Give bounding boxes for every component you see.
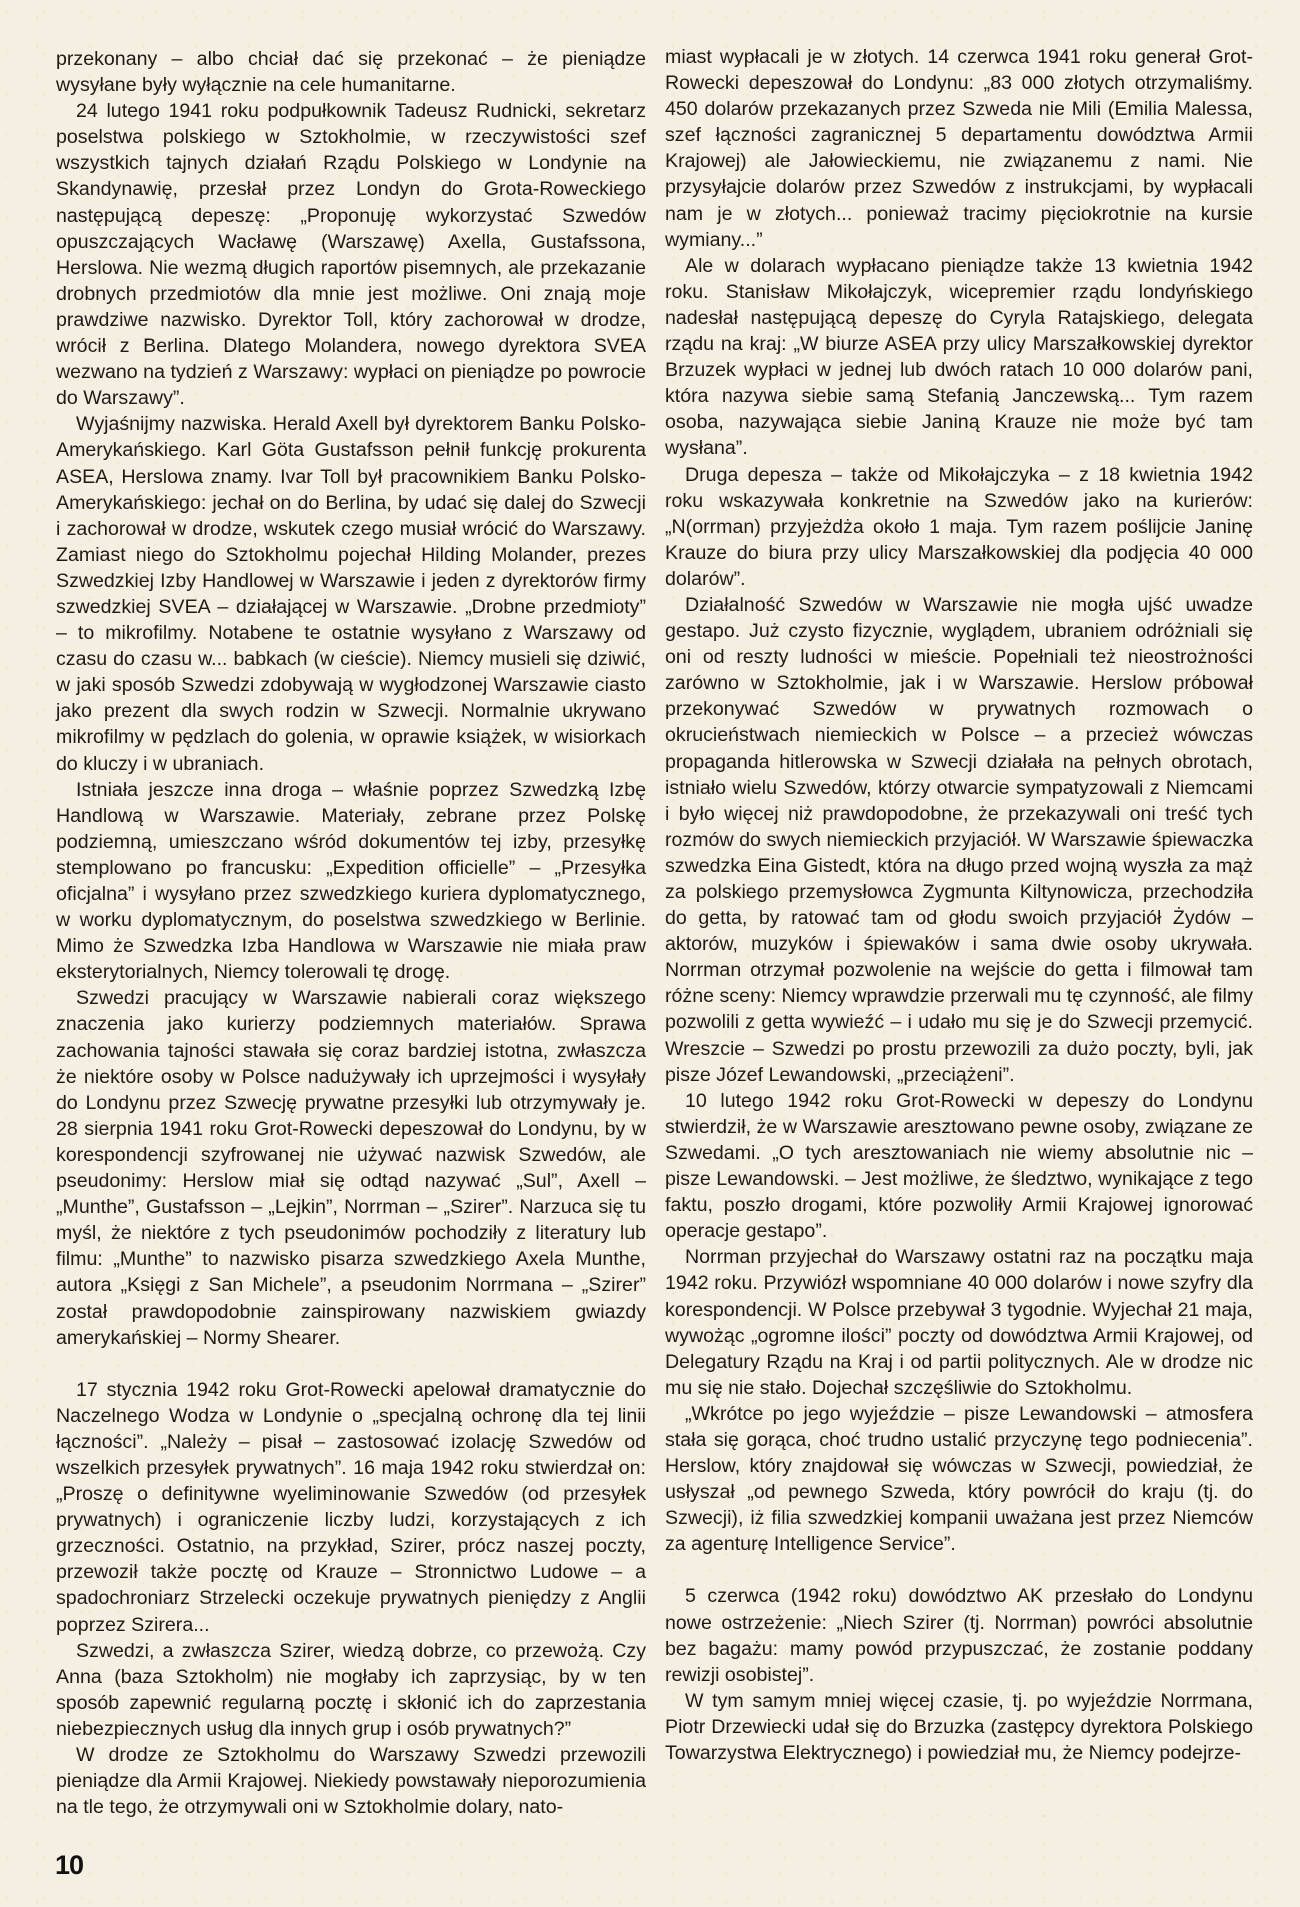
paragraph: Szwedzi pracujący w Warszawie nabierali … [56, 985, 646, 1350]
paragraph: Druga depesza – także od Mikołajczyka – … [665, 462, 1253, 592]
magazine-page: przekonany – albo chciał dać się przekon… [0, 0, 1300, 1907]
paragraph: 5 czerwca (1942 roku) dowództwo AK przes… [665, 1583, 1253, 1687]
right-text-column: miast wypłacali je w złotych. 14 czerwca… [665, 44, 1253, 1766]
paragraph: W drodze ze Sztokholmu do Warszawy Szwed… [56, 1742, 646, 1820]
paragraph: przekonany – albo chciał dać się przekon… [56, 46, 646, 98]
paragraph: Ale w dolarach wypłacano pieniądze także… [665, 253, 1253, 462]
paragraph: miast wypłacali je w złotych. 14 czerwca… [665, 44, 1253, 253]
paragraph: 24 lutego 1941 roku podpułkownik Tadeusz… [56, 98, 646, 411]
paragraph: „Wkrótce po jego wyjeździe – pisze Lewan… [665, 1401, 1253, 1558]
paragraph: Wyjaśnijmy nazwiska. Herald Axell był dy… [56, 411, 646, 776]
paragraph: 10 lutego 1942 roku Grot-Rowecki w depes… [665, 1088, 1253, 1245]
paragraph: Działalność Szwedów w Warszawie nie mogł… [665, 592, 1253, 1088]
left-text-column: przekonany – albo chciał dać się przekon… [56, 46, 646, 1820]
page-number: 10 [55, 1850, 83, 1881]
paragraph: Istniała jeszcze inna droga – właśnie po… [56, 777, 646, 986]
paragraph: 17 stycznia 1942 roku Grot-Rowecki apelo… [56, 1377, 646, 1638]
paragraph: W tym samym mniej więcej czasie, tj. po … [665, 1688, 1253, 1766]
paragraph: Norrman przyjechał do Warszawy ostatni r… [665, 1244, 1253, 1401]
paragraph: Szwedzi, a zwłaszcza Szirer, wiedzą dobr… [56, 1638, 646, 1742]
